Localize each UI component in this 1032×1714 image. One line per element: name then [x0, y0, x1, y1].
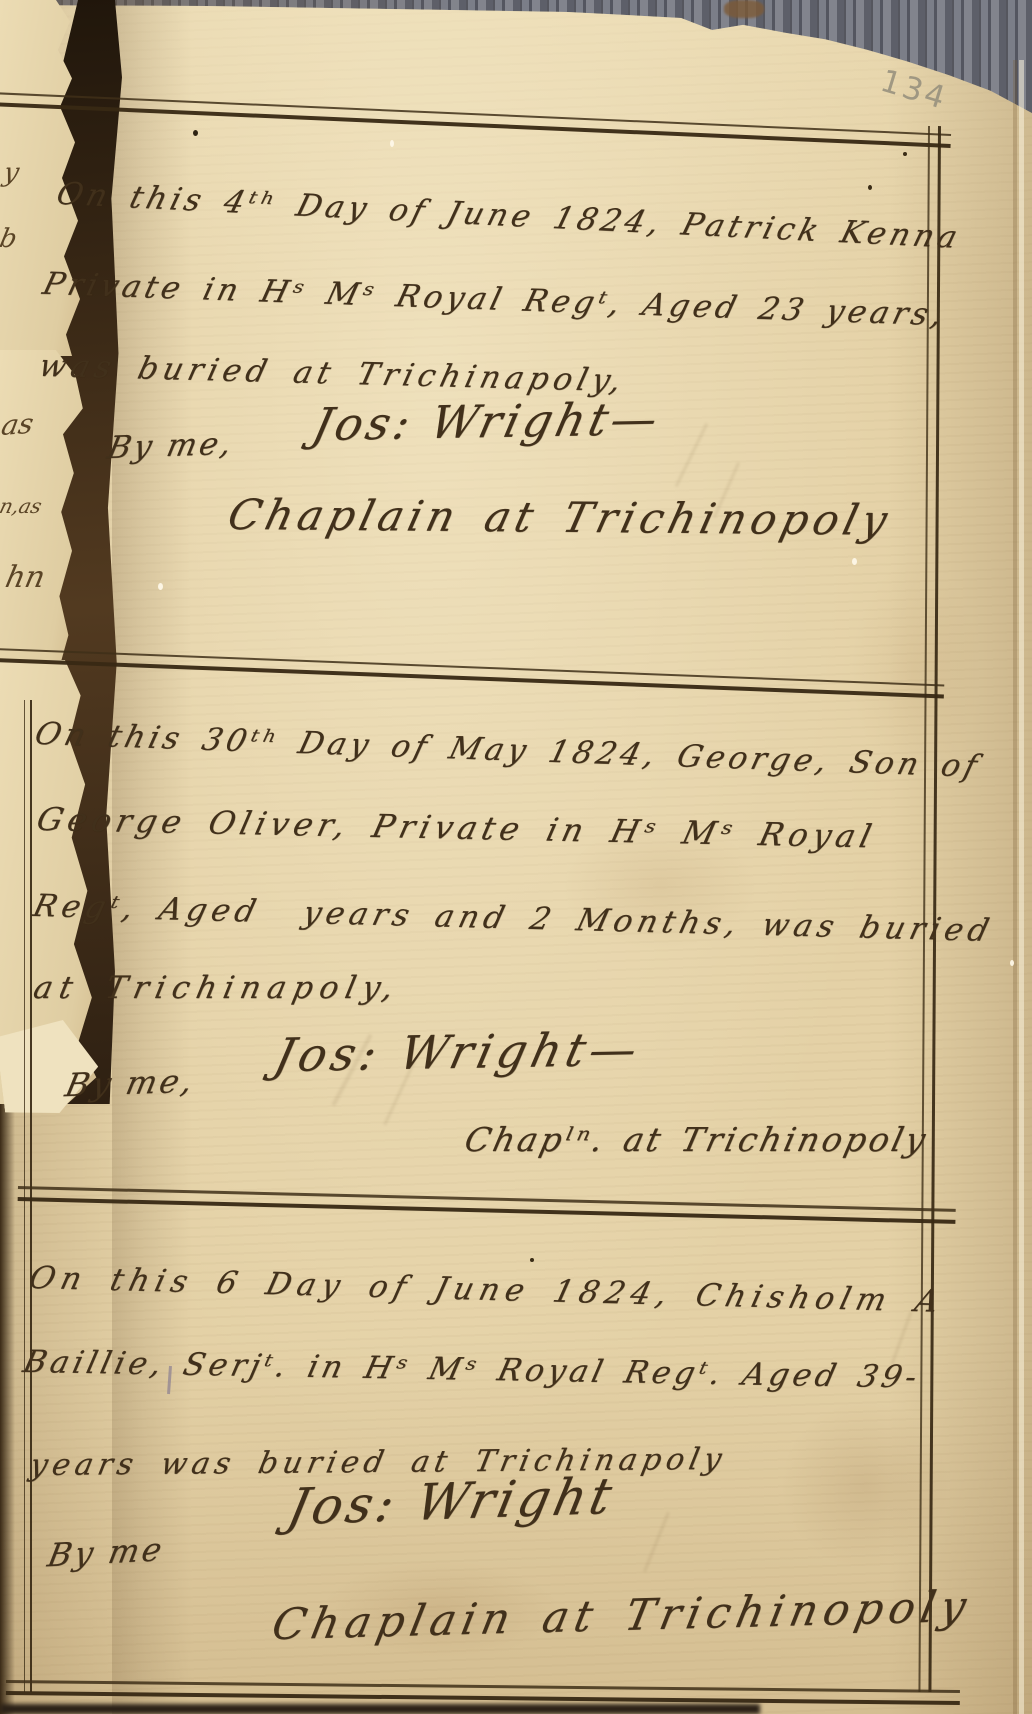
entry-3-signature: Jos: Wright — [283, 1467, 621, 1537]
paper-glint — [852, 558, 857, 565]
entry-1-attestation: By me, — [104, 426, 237, 467]
stain-top-edge — [724, 0, 764, 18]
paper-glint — [158, 583, 163, 590]
binding-crevice-tail — [0, 1095, 15, 1714]
ink-speck — [868, 185, 872, 190]
paper-glint — [1010, 960, 1014, 966]
burial-register-photo: y b as n,as hn 134 On this 4ᵗʰ Day of Ju… — [0, 0, 1032, 1714]
fragment-script: hn — [2, 560, 48, 595]
entry-1-signature-title: Chaplain at Trichinopoly — [223, 490, 897, 545]
entry-2-signature-title: Chapˡⁿ. at Trichinopoly — [461, 1120, 932, 1159]
entry-3-attestation: By me — [45, 1530, 168, 1575]
entry-2-attestation: By me, — [62, 1061, 199, 1104]
photo-bottom-edge-shadow — [0, 1704, 760, 1714]
ink-speck — [530, 1258, 534, 1262]
entry-2-signature: Jos: Wright— — [269, 1022, 647, 1083]
entry-2-line-4: at Trichinapoly, — [30, 970, 403, 1006]
fragment-script: n,as — [0, 494, 44, 518]
ink-speck — [903, 152, 907, 156]
page-right-edge-shadow — [1013, 60, 1017, 1714]
ink-speck — [193, 130, 198, 136]
entry-1-signature: Jos: Wright— — [308, 392, 667, 451]
paper-glint — [390, 140, 394, 147]
page-right-edge-highlight — [1019, 60, 1024, 1714]
fragment-script: as — [0, 407, 36, 442]
